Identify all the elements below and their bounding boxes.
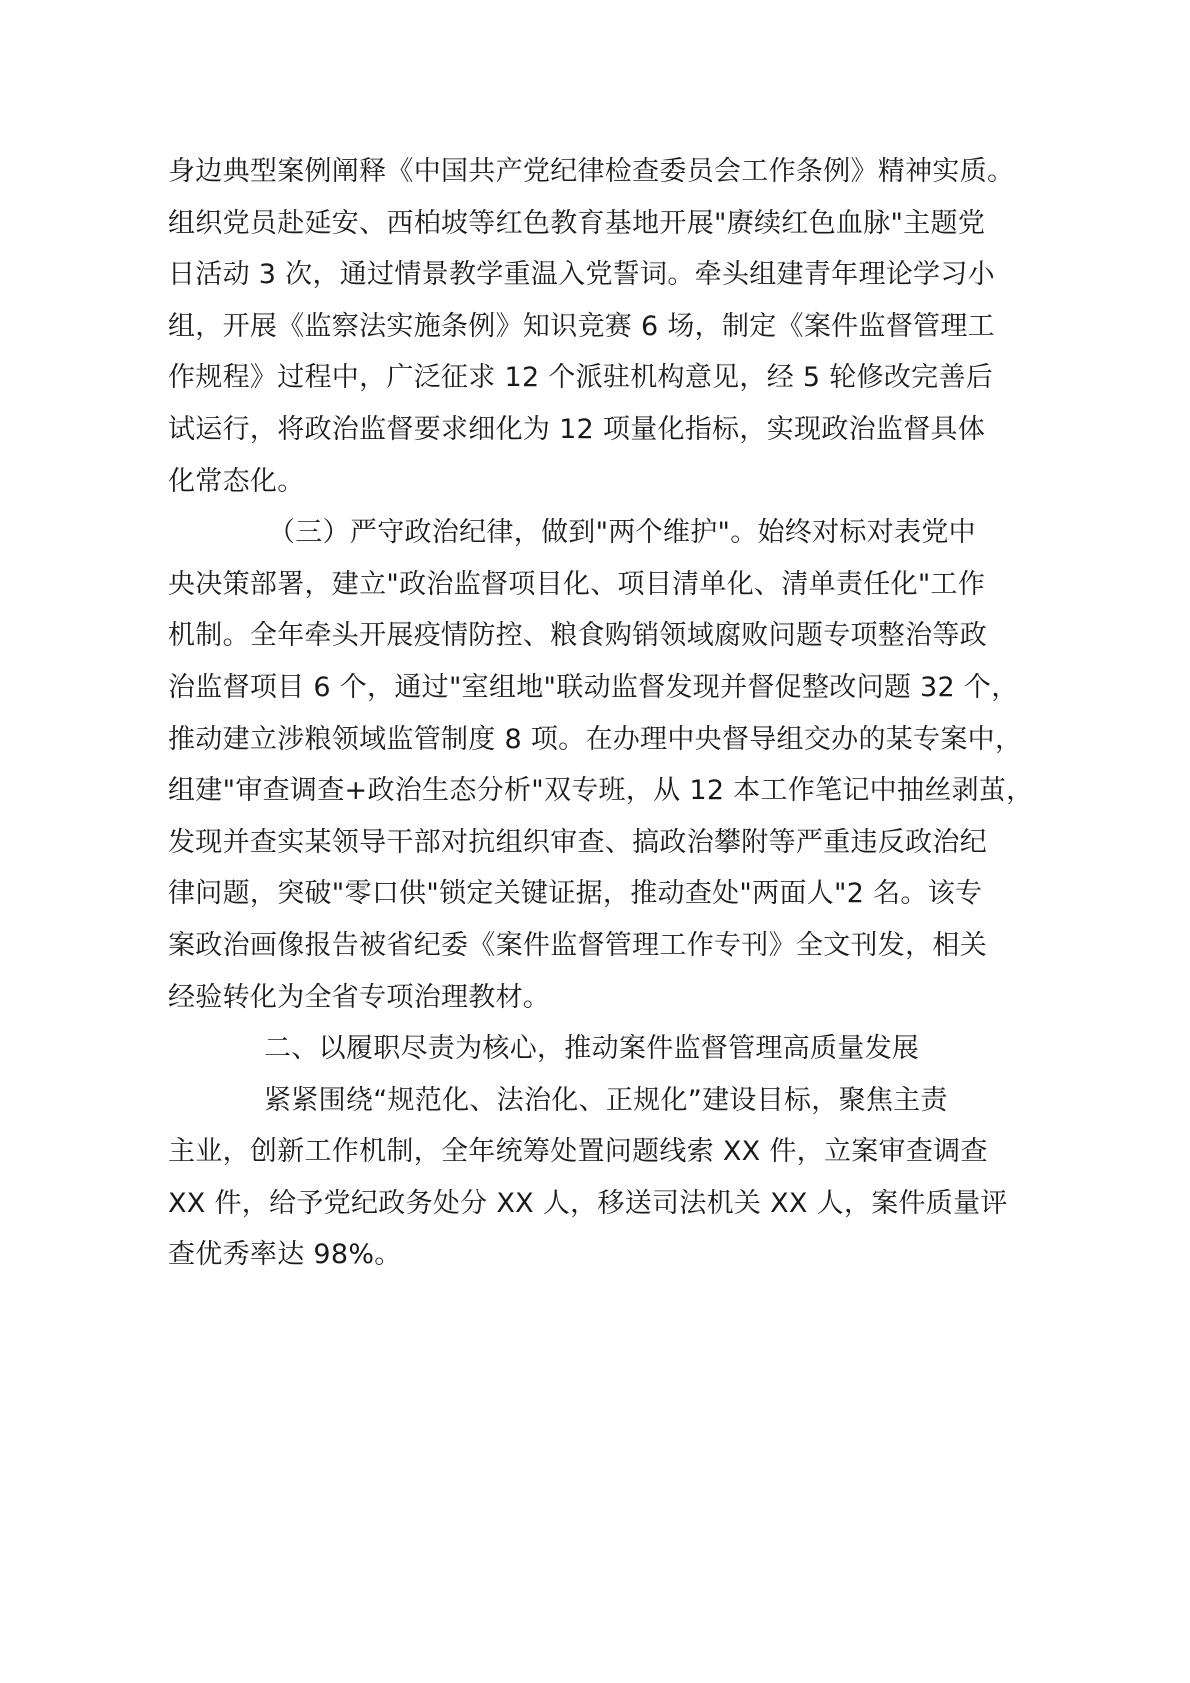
paragraph-line: 推动建立涉粮领域监管制度 8 项。在办理中央督导组交办的某专案中， (168, 714, 1018, 766)
document-page: 身边典型案例阐释《中国共产党纪律检查委员会工作条例》精神实质。 组织党员赴延安、… (168, 146, 1018, 1281)
paragraph-line: 化常态化。 (168, 456, 1018, 508)
section-heading-3: （三）严守政治纪律，做到"两个维护"。始终对标对表党中 (168, 507, 1018, 559)
paragraph-line: 央决策部署，建立"政治监督项目化、项目清单化、清单责任化"工作 (168, 559, 1018, 611)
paragraph-line: 经验转化为全省专项治理教材。 (168, 972, 1018, 1024)
paragraph-line: 查优秀率达 98%。 (168, 1229, 1018, 1281)
paragraph-line: 紧紧围绕“规范化、法治化、正规化”建设目标，聚焦主责 (168, 1075, 1018, 1127)
paragraph-line: 试运行，将政治监督要求细化为 12 项量化指标，实现政治监督具体 (168, 404, 1018, 456)
paragraph-line: 日活动 3 次，通过情景教学重温入党誓词。牵头组建青年理论学习小 (168, 249, 1018, 301)
paragraph-line: 组建"审查调查+政治生态分析"双专班，从 12 本工作笔记中抽丝剥茧， (168, 765, 1018, 817)
paragraph-line: 机制。全年牵头开展疫情防控、粮食购销领域腐败问题专项整治等政 (168, 610, 1018, 662)
paragraph-line: 治监督项目 6 个，通过"室组地"联动监督发现并督促整改问题 32 个， (168, 662, 1018, 714)
paragraph-line: 案政治画像报告被省纪委《案件监督管理工作专刊》全文刊发，相关 (168, 920, 1018, 972)
paragraph-line: XX 件，给予党纪政务处分 XX 人，移送司法机关 XX 人，案件质量评 (168, 1178, 1018, 1230)
section-heading-2: 二、以履职尽责为核心，推动案件监督管理高质量发展 (168, 1023, 1018, 1075)
paragraph-line: 组织党员赴延安、西柏坡等红色教育基地开展"赓续红色血脉"主题党 (168, 198, 1018, 250)
paragraph-line: 律问题，突破"零口供"锁定关键证据，推动查处"两面人"2 名。该专 (168, 868, 1018, 920)
paragraph-line: 作规程》过程中，广泛征求 12 个派驻机构意见，经 5 轮修改完善后 (168, 352, 1018, 404)
paragraph-line: 身边典型案例阐释《中国共产党纪律检查委员会工作条例》精神实质。 (168, 146, 1018, 198)
paragraph-line: 主业，创新工作机制，全年统筹处置问题线索 XX 件，立案审查调查 (168, 1126, 1018, 1178)
paragraph-line: 发现并查实某领导干部对抗组织审查、搞政治攀附等严重违反政治纪 (168, 817, 1018, 869)
paragraph-line: 组，开展《监察法实施条例》知识竞赛 6 场，制定《案件监督管理工 (168, 301, 1018, 353)
